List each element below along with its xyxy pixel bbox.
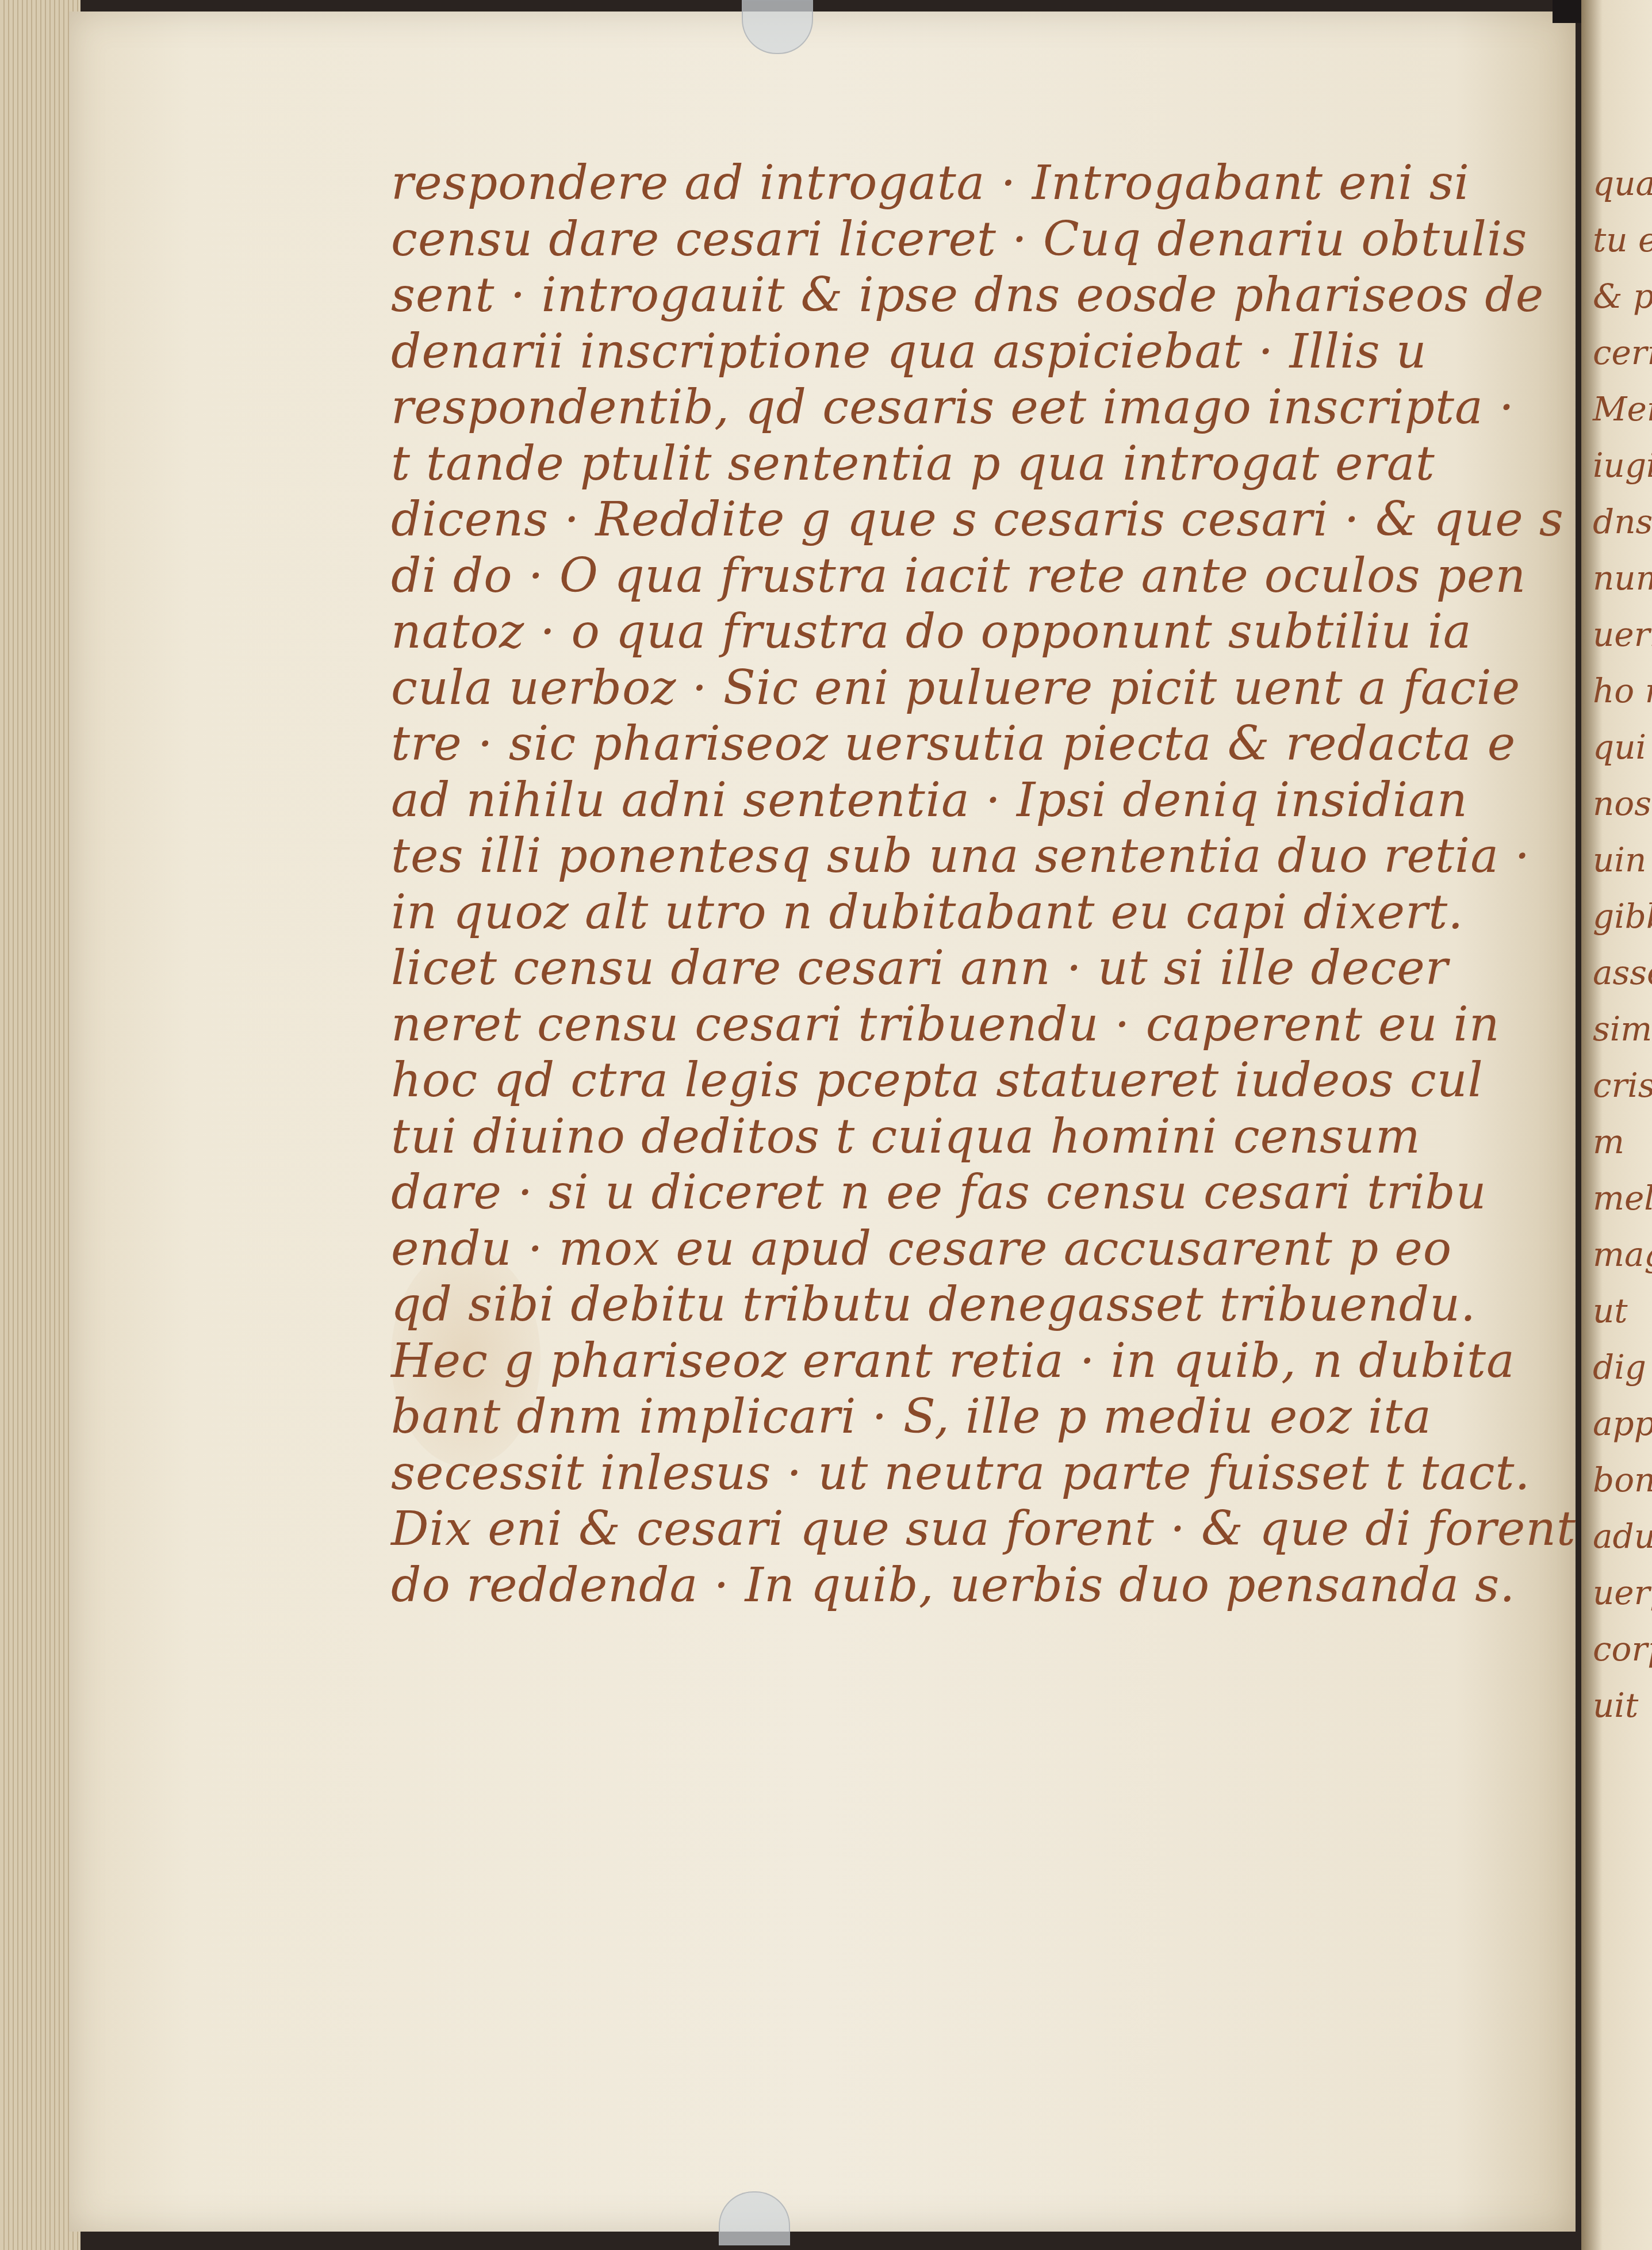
margin-fragment: corp bbox=[1581, 1621, 1652, 1677]
text-line: secessit inlesus · ut neutra parte fuiss… bbox=[391, 1445, 1512, 1502]
text-line: di do · O qua frustra iacit rete ante oc… bbox=[391, 548, 1512, 604]
text-line: cula uerboz · Sic eni puluere picit uent… bbox=[391, 660, 1512, 717]
margin-fragment: iugit bbox=[1581, 437, 1652, 493]
margin-fragment: Merit bbox=[1581, 381, 1652, 437]
text-line: qd sibi debitu tributu denegasset tribue… bbox=[391, 1277, 1512, 1333]
margin-fragment: uin bbox=[1581, 832, 1652, 888]
text-line: t tande ptulit sententia p qua introgat … bbox=[391, 436, 1512, 492]
text-line: tui diuino deditos t cuiqua homini censu… bbox=[391, 1109, 1512, 1165]
margin-fragment: melior bbox=[1581, 1170, 1652, 1226]
margin-fragment: assend bbox=[1581, 944, 1652, 1001]
text-line: dare · si u diceret n ee fas censu cesar… bbox=[391, 1165, 1512, 1221]
margin-fragment: & p or bbox=[1581, 268, 1652, 324]
text-line: natoz · o qua frustra do opponunt subtil… bbox=[391, 604, 1512, 660]
text-line: Hec g phariseoz erant retia · in quib, n… bbox=[391, 1333, 1512, 1390]
margin-fragment: uit bbox=[1581, 1677, 1652, 1734]
text-line: do reddenda · In quib, uerbis duo pensan… bbox=[391, 1558, 1512, 1614]
margin-fragment: qui bbox=[1581, 719, 1652, 775]
margin-fragment: dig bbox=[1581, 1339, 1652, 1395]
text-line: endu · mox eu apud cesare accusarent p e… bbox=[391, 1221, 1512, 1277]
text-line: tes illi ponentesq sub una sententia duo… bbox=[391, 828, 1512, 885]
margin-fragment: dns n bbox=[1581, 493, 1652, 550]
margin-fragment: numer bbox=[1581, 550, 1652, 606]
text-line: denarii inscriptione qua aspiciebat · Il… bbox=[391, 324, 1512, 380]
margin-fragment: gibbu bbox=[1581, 888, 1652, 944]
margin-fragment: uergo bbox=[1581, 1564, 1652, 1621]
page-edge-stack bbox=[0, 0, 81, 2250]
main-text-column: respondere ad introgata · Introgabant en… bbox=[391, 155, 1512, 1613]
margin-fragment: appr bbox=[1581, 1395, 1652, 1452]
text-line: neret censu cesari tribuendu · caperent … bbox=[391, 997, 1512, 1053]
margin-fragment: criss bbox=[1581, 1057, 1652, 1113]
text-line: respondere ad introgata · Introgabant en… bbox=[391, 155, 1512, 212]
margin-fragment: mage bbox=[1581, 1226, 1652, 1283]
margin-fragment: bonis bbox=[1581, 1452, 1652, 1508]
margin-fragment: ho n bbox=[1581, 663, 1652, 719]
margin-fragment: cerne bbox=[1581, 324, 1652, 381]
text-line: Dix eni & cesari que sua forent · & que … bbox=[391, 1501, 1512, 1558]
text-line: tre · sic phariseoz uersutia piecta & re… bbox=[391, 716, 1512, 772]
text-line: sent · introgauit & ipse dns eosde phari… bbox=[391, 267, 1512, 324]
margin-fragment: ueritas bbox=[1581, 606, 1652, 663]
text-line: censu dare cesari liceret · Cuq denariu … bbox=[391, 212, 1512, 268]
margin-fragment: tu e bbox=[1581, 212, 1652, 268]
text-line: dicens · Reddite g que s cesaris cesari … bbox=[391, 492, 1512, 548]
text-line: ad nihilu adni sententia · Ipsi deniq in… bbox=[391, 772, 1512, 829]
text-line: respondentib, qd cesaris eet imago inscr… bbox=[391, 380, 1512, 436]
text-line: bant dnm implicari · S, ille p mediu eoz… bbox=[391, 1389, 1512, 1445]
margin-fragment: adulte bbox=[1581, 1508, 1652, 1564]
margin-fragment: m bbox=[1581, 1113, 1652, 1170]
margin-fragment: quae bbox=[1581, 155, 1652, 212]
facing-page-strip: quae tu e & p or cerne Merit iugit dns n… bbox=[1581, 0, 1652, 2250]
text-line: licet censu dare cesari ann · ut si ille… bbox=[391, 940, 1512, 997]
text-line: hoc qd ctra legis pcepta statueret iudeo… bbox=[391, 1053, 1512, 1109]
text-line: in quoz alt utro n dubitabant eu capi di… bbox=[391, 885, 1512, 941]
margin-fragment: ut bbox=[1581, 1283, 1652, 1339]
margin-fragment: simile bbox=[1581, 1001, 1652, 1057]
margin-fragment: nos bbox=[1581, 775, 1652, 832]
